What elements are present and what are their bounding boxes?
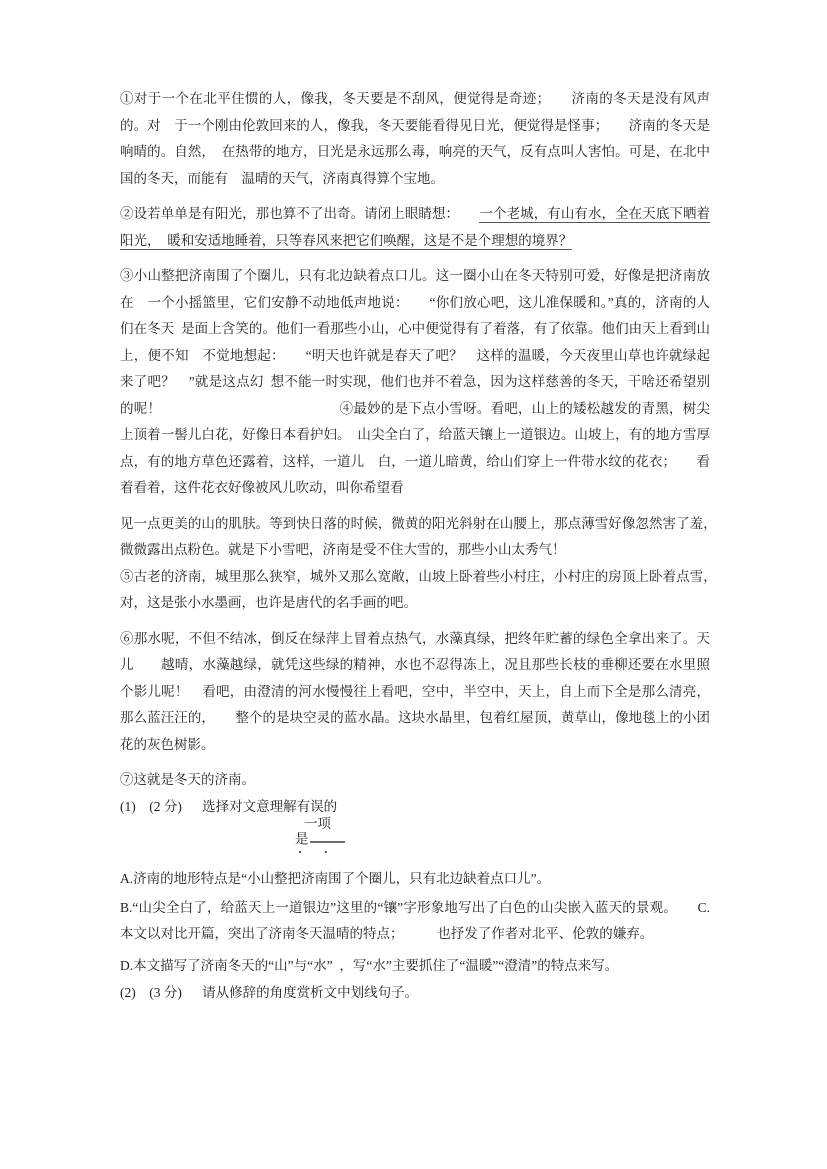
passage-paragraph-2: ②设若单单是有阳光，那也算不了出奇。请闭上眼睛想： 一个老城，有山有水，全在天底…	[120, 201, 710, 254]
passage-paragraph-7: ⑦这就是冬天的济南。	[120, 767, 710, 794]
blank-stack-top-word: 一项	[295, 817, 710, 830]
blank-stack-mid-row: 是	[295, 830, 710, 845]
question-1-blank-stack: 一项 是 · ·	[295, 817, 710, 859]
question-2-lead: (2) (3 分) 请从修辞的角度赏析文中划线句子。	[120, 980, 710, 1007]
emphasis-dots: · ·	[295, 845, 710, 859]
passage-paragraph-6: ⑥那水呢，不但不结冰，倒反在绿萍上冒着点热气，水藻真绿，把终年贮蓄的绿色全拿出来…	[120, 626, 710, 759]
passage-paragraph-1: ①对于一个在北平住惯的人，像我，冬天要是不刮风，便觉得是奇迹； 济南的冬天是没有…	[120, 86, 710, 192]
question-1-option-a: A.济南的地形特点是“小山整把济南围了个圈儿，只有北边缺着点口儿”。	[120, 866, 710, 893]
passage-paragraph-4-continued: 见一点更美的山的肌肤。等到快日落的时候，微黄的阳光斜射在山腰上，那点薄雪好像忽然…	[120, 511, 710, 564]
question-1-block: (1) (2 分) 选择对文意理解有误的 一项 是 · · A.济南的地形特点是…	[120, 794, 710, 980]
question-1-options-b-c: B.“山尖全白了，给蓝天上一道银边”这里的“镶”字形象地写出了白色的山尖嵌入蓝天…	[120, 895, 710, 948]
document-page: ①对于一个在北平住惯的人，像我，冬天要是不刮风，便觉得是奇迹； 济南的冬天是没有…	[0, 0, 827, 1169]
answer-blank-line	[310, 830, 345, 843]
question-1-option-d: D.本文描写了济南冬天的“山”与“水” ，写“水”主要抓住了“温暖”“澄清”的特…	[120, 953, 710, 980]
passage-paragraph-5: ⑤古老的济南，城里那么狭窄，城外又那么宽敞，山坡上卧着些小村庄，小村庄的房顶上卧…	[120, 564, 710, 617]
paragraph-2-lead-text: ②设若单单是有阳光，那也算不了出奇。请闭上眼睛想：	[120, 206, 479, 221]
passage-paragraph-3-4: ③小山整把济南围了个圈儿，只有北边缺着点口儿。这一圈小山在冬天特别可爱，好像是把…	[120, 263, 710, 502]
